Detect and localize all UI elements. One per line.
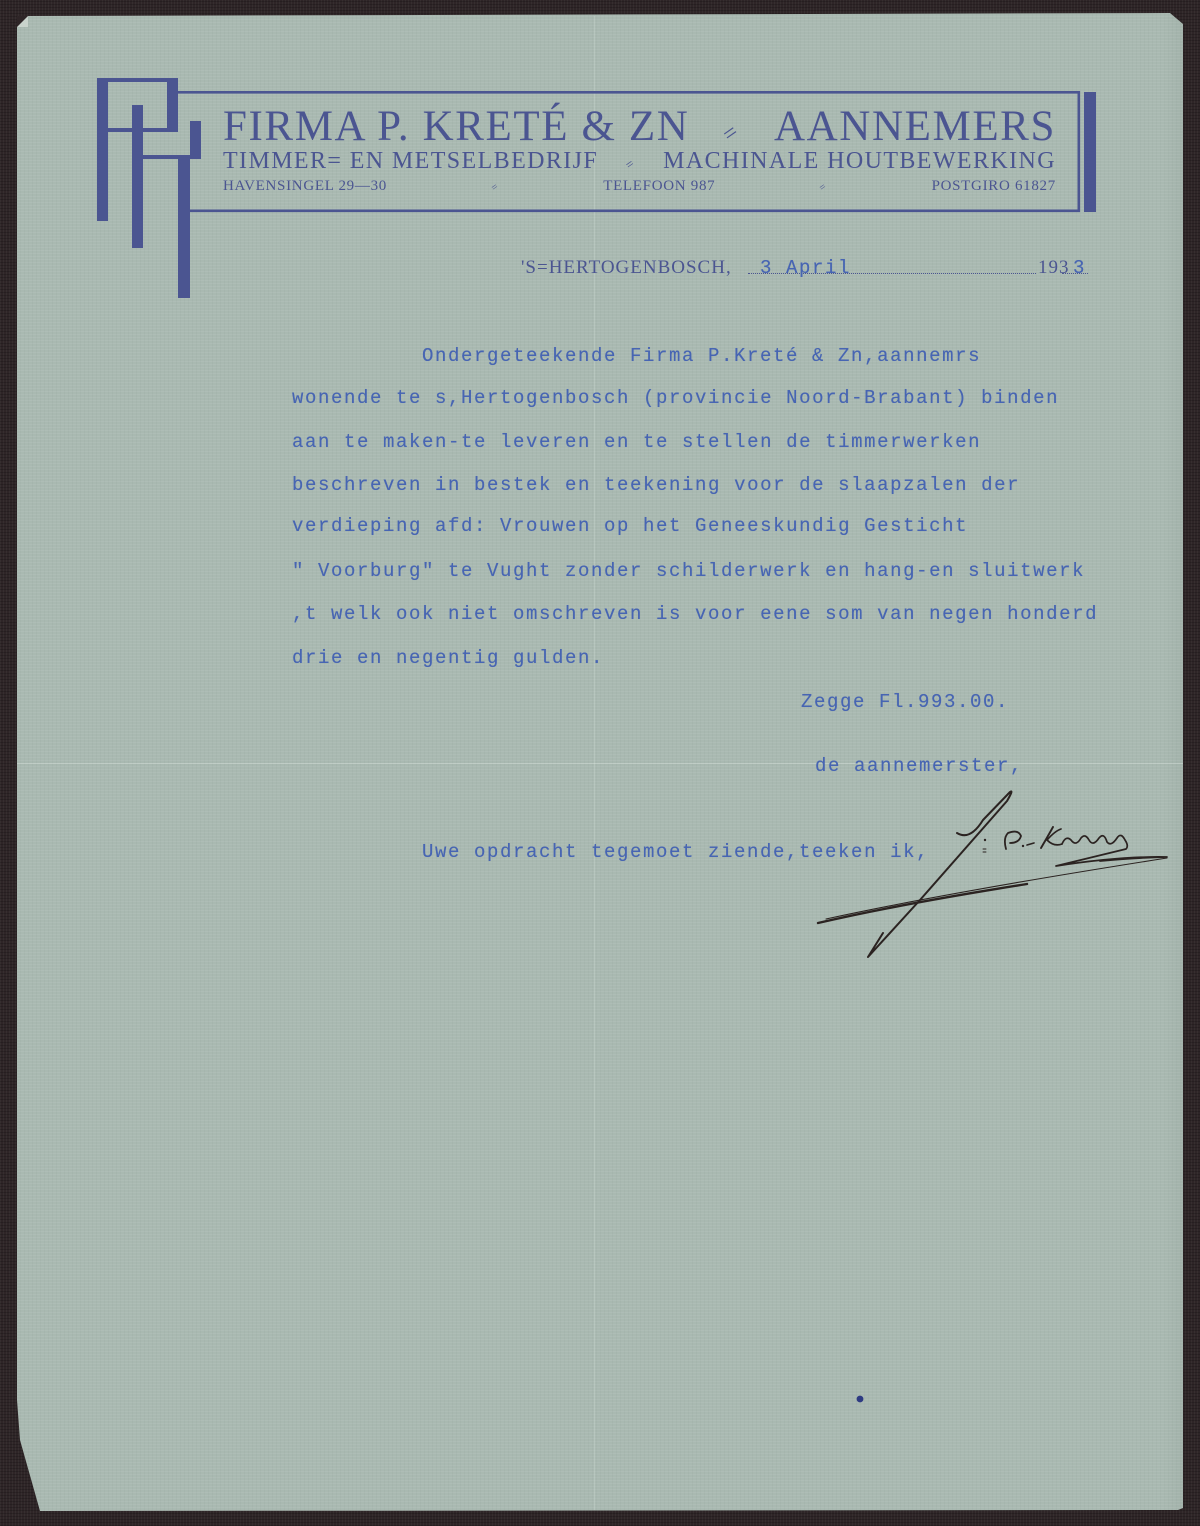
signature: J. P. Kreté (0, 0, 1200, 1526)
